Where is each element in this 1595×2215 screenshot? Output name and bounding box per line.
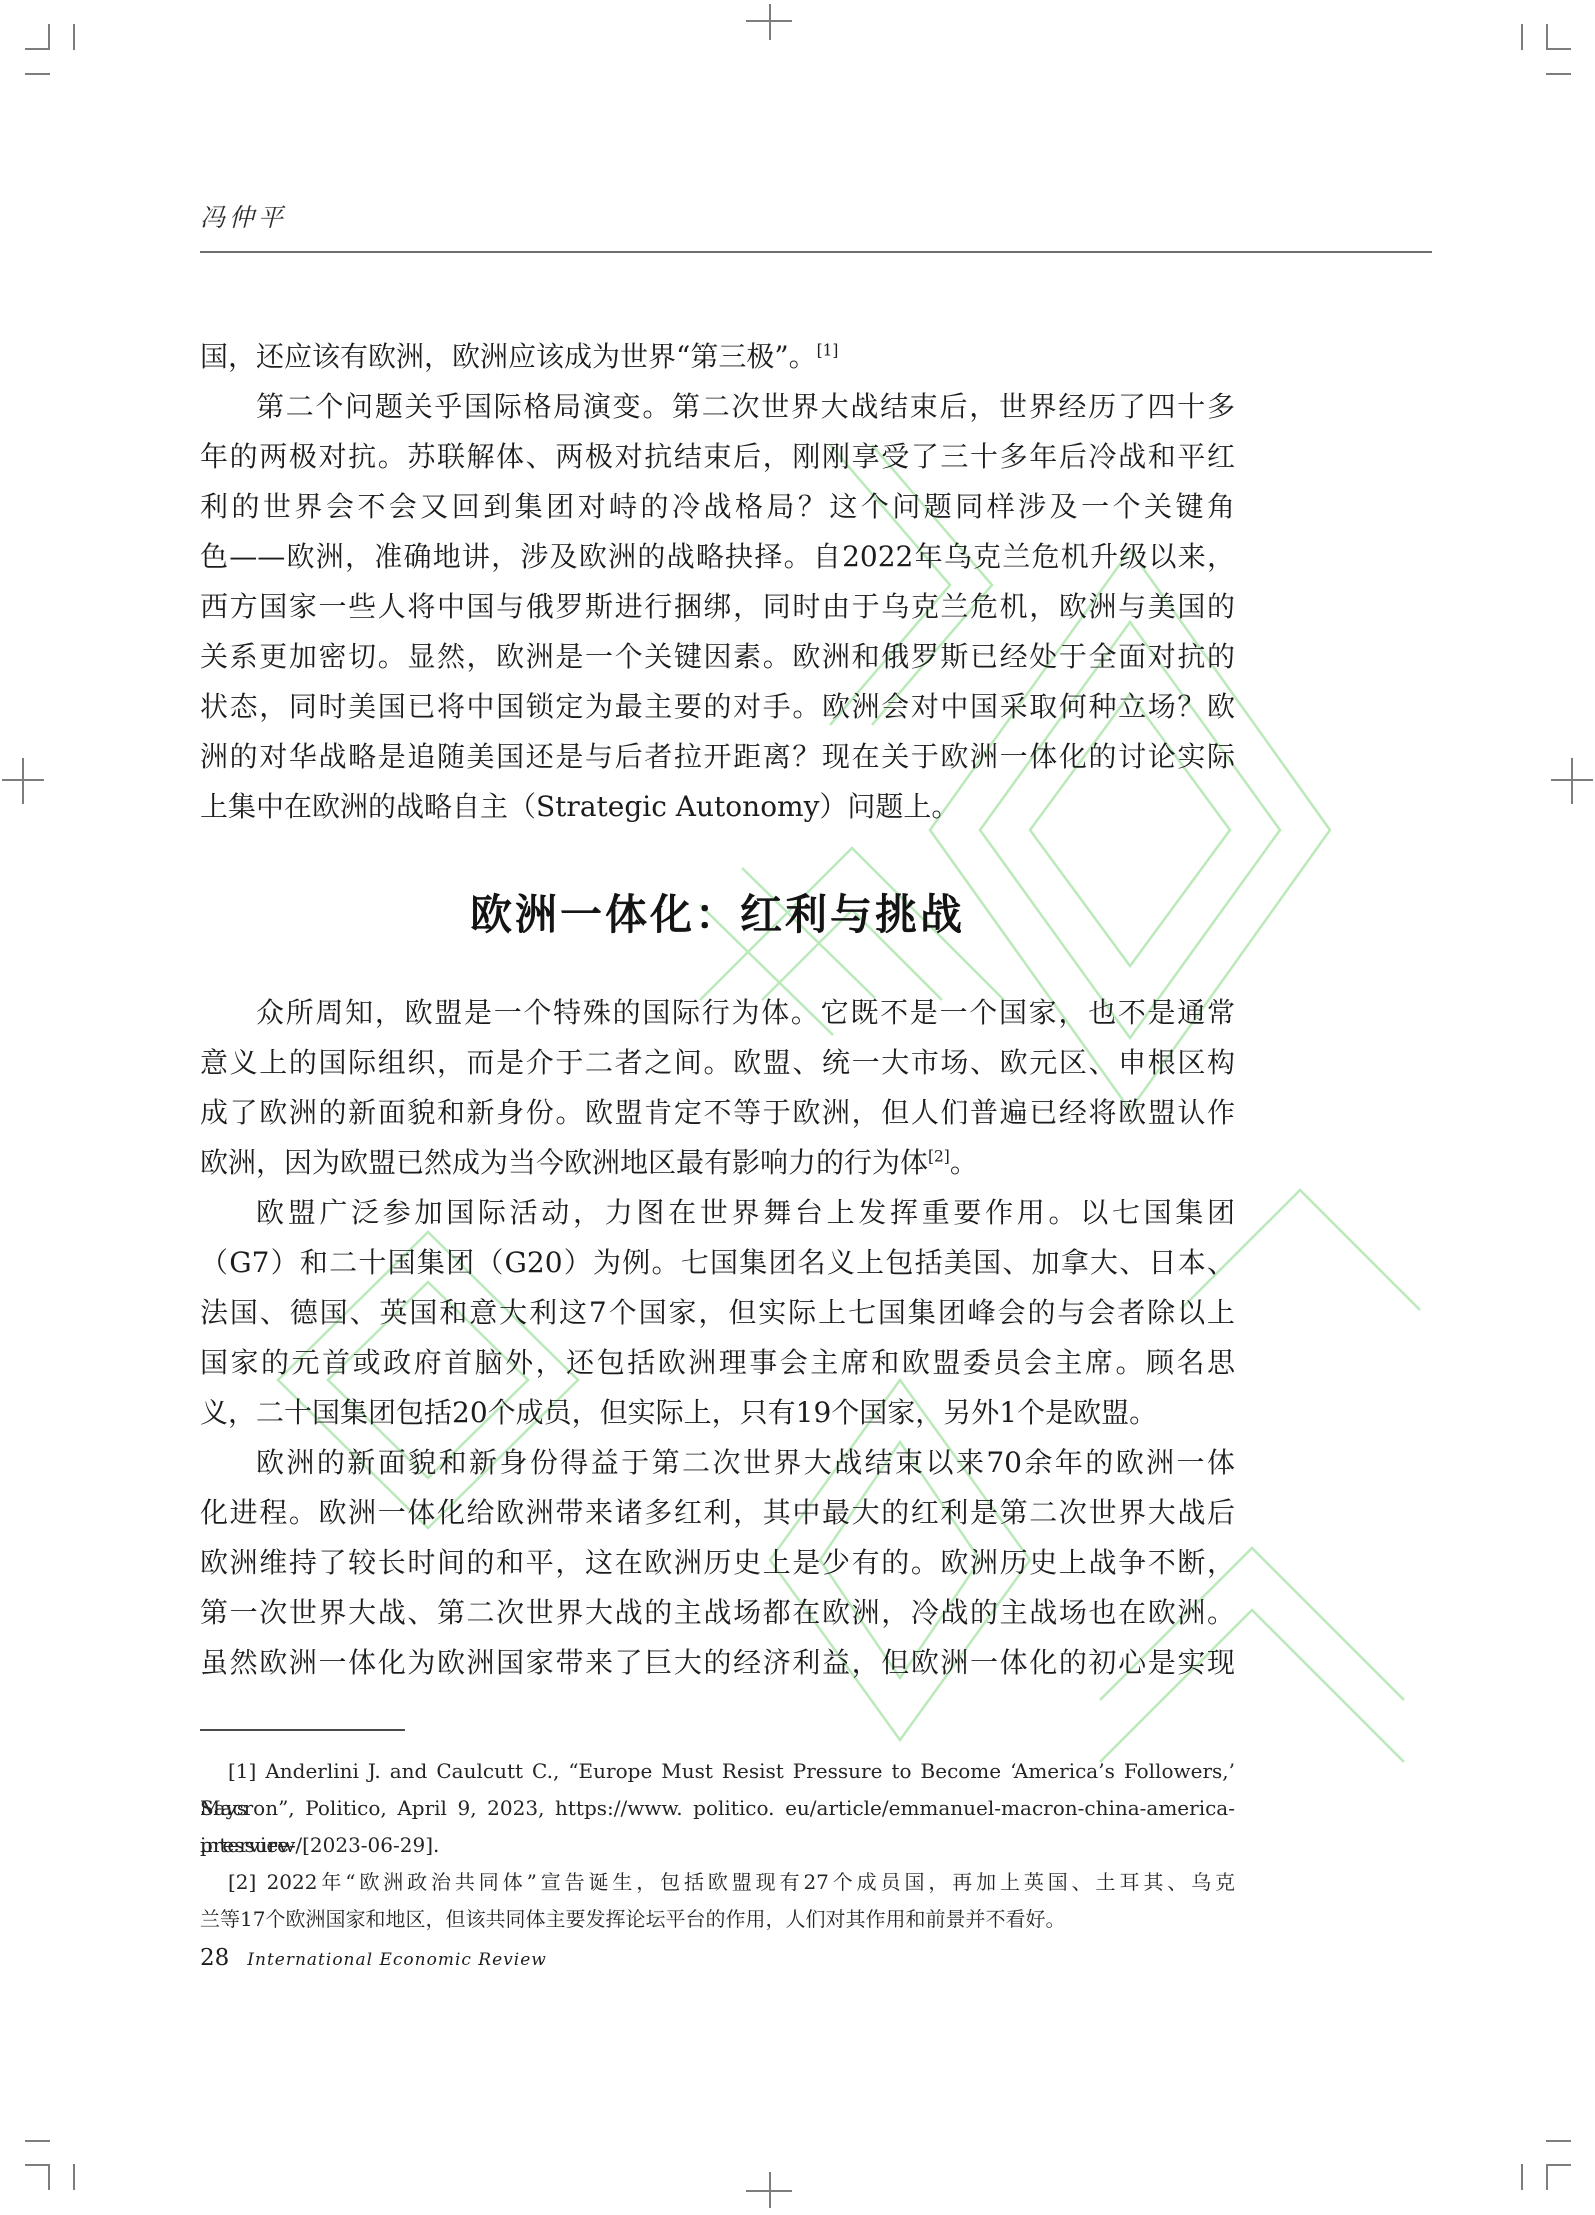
- page-footer: 28 International Economic Review: [200, 1945, 547, 1971]
- article-body: 国，还应该有欧洲，欧洲应该成为世界“第三极”。[1] 第二个问题关乎国际格局演变…: [200, 332, 1235, 1688]
- footnote-line: [1] Anderlini J. and Caulcutt C., “Europ…: [200, 1753, 1235, 1790]
- body-line: 成了欧洲的新面貌和新身份。欧盟肯定不等于欧洲，但人们普遍已经将欧盟认作: [200, 1088, 1235, 1138]
- body-line: 义，二十国集团包括20个成员，但实际上，只有19个国家，另外1个是欧盟。: [200, 1388, 1235, 1438]
- footnote-ref-2: [2]: [928, 1148, 950, 1166]
- body-line: 欧洲的新面貌和新身份得益于第二次世界大战结束以来70余年的欧洲一体: [200, 1438, 1235, 1488]
- body-line: （G7）和二十国集团（G20）为例。七国集团名义上包括美国、加拿大、日本、: [200, 1238, 1235, 1288]
- section-heading: 欧洲一体化：红利与挑战: [200, 880, 1235, 950]
- body-line: 法国、德国、英国和意大利这7个国家，但实际上七国集团峰会的与会者除以上: [200, 1288, 1235, 1338]
- body-line: 国家的元首或政府首脑外，还包括欧洲理事会主席和欧盟委员会主席。顾名思: [200, 1338, 1235, 1388]
- journal-page: 冯仲平 国，还应该有欧洲，欧洲应该成为世界“第三极”。[1] 第二个问题关乎国际…: [0, 0, 1595, 2215]
- footnote-line: 兰等17个欧洲国家和地区，但该共同体主要发挥论坛平台的作用，人们对其作用和前景并…: [200, 1901, 1235, 1938]
- body-text: 。: [950, 1146, 978, 1179]
- body-line: 虽然欧洲一体化为欧洲国家带来了巨大的经济利益，但欧洲一体化的初心是实现: [200, 1638, 1235, 1688]
- body-line: 众所周知，欧盟是一个特殊的国际行为体。它既不是一个国家，也不是通常: [200, 988, 1235, 1038]
- footnote-line: Macron”, Politico, April 9, 2023, https:…: [200, 1790, 1235, 1827]
- body-line: 意义上的国际组织，而是介于二者之间。欧盟、统一大市场、欧元区、申根区构: [200, 1038, 1235, 1088]
- body-line: 洲的对华战略是追随美国还是与后者拉开距离？现在关于欧洲一体化的讨论实际: [200, 732, 1235, 782]
- body-text: 欧洲，因为欧盟已然成为当今欧洲地区最有影响力的行为体: [200, 1146, 928, 1179]
- body-line: 色——欧洲，准确地讲，涉及欧洲的战略抉择。自2022年乌克兰危机升级以来，: [200, 532, 1235, 582]
- body-text: 国，还应该有欧洲，欧洲应该成为世界“第三极”。: [200, 340, 817, 373]
- footnote-rule: [200, 1729, 405, 1731]
- author-name: 冯仲平: [200, 198, 287, 234]
- footnote-ref-1: [1]: [817, 342, 839, 360]
- body-line: 第一次世界大战、第二次世界大战的主战场都在欧洲，冷战的主战场也在欧洲。: [200, 1588, 1235, 1638]
- footnote-line: interview/[2023-06-29].: [200, 1827, 1235, 1864]
- body-line: 化进程。欧洲一体化给欧洲带来诸多红利，其中最大的红利是第二次世界大战后: [200, 1488, 1235, 1538]
- journal-name: International Economic Review: [247, 1950, 547, 1970]
- header-rule: [200, 251, 1432, 253]
- body-line: 国，还应该有欧洲，欧洲应该成为世界“第三极”。[1]: [200, 332, 1235, 382]
- body-line: 欧洲维持了较长时间的和平，这在欧洲历史上是少有的。欧洲历史上战争不断，: [200, 1538, 1235, 1588]
- body-line: 上集中在欧洲的战略自主（Strategic Autonomy）问题上。: [200, 782, 1235, 832]
- footnote-line: [2] 2022年“欧洲政治共同体”宣告诞生，包括欧盟现有27个成员国，再加上英…: [200, 1864, 1235, 1901]
- body-line: 西方国家一些人将中国与俄罗斯进行捆绑，同时由于乌克兰危机，欧洲与美国的: [200, 582, 1235, 632]
- body-line: 状态，同时美国已将中国锁定为最主要的对手。欧洲会对中国采取何种立场？欧: [200, 682, 1235, 732]
- footnotes: [1] Anderlini J. and Caulcutt C., “Europ…: [200, 1729, 1235, 1938]
- body-line: 关系更加密切。显然，欧洲是一个关键因素。欧洲和俄罗斯已经处于全面对抗的: [200, 632, 1235, 682]
- body-line: 年的两极对抗。苏联解体、两极对抗结束后，刚刚享受了三十多年后冷战和平红: [200, 432, 1235, 482]
- body-line: 欧盟广泛参加国际活动，力图在世界舞台上发挥重要作用。以七国集团: [200, 1188, 1235, 1238]
- body-line: 第二个问题关乎国际格局演变。第二次世界大战结束后，世界经历了四十多: [200, 382, 1235, 432]
- body-line: 欧洲，因为欧盟已然成为当今欧洲地区最有影响力的行为体[2]。: [200, 1138, 1235, 1188]
- page-number: 28: [200, 1945, 229, 1971]
- body-line: 利的世界会不会又回到集团对峙的冷战格局？这个问题同样涉及一个关键角: [200, 482, 1235, 532]
